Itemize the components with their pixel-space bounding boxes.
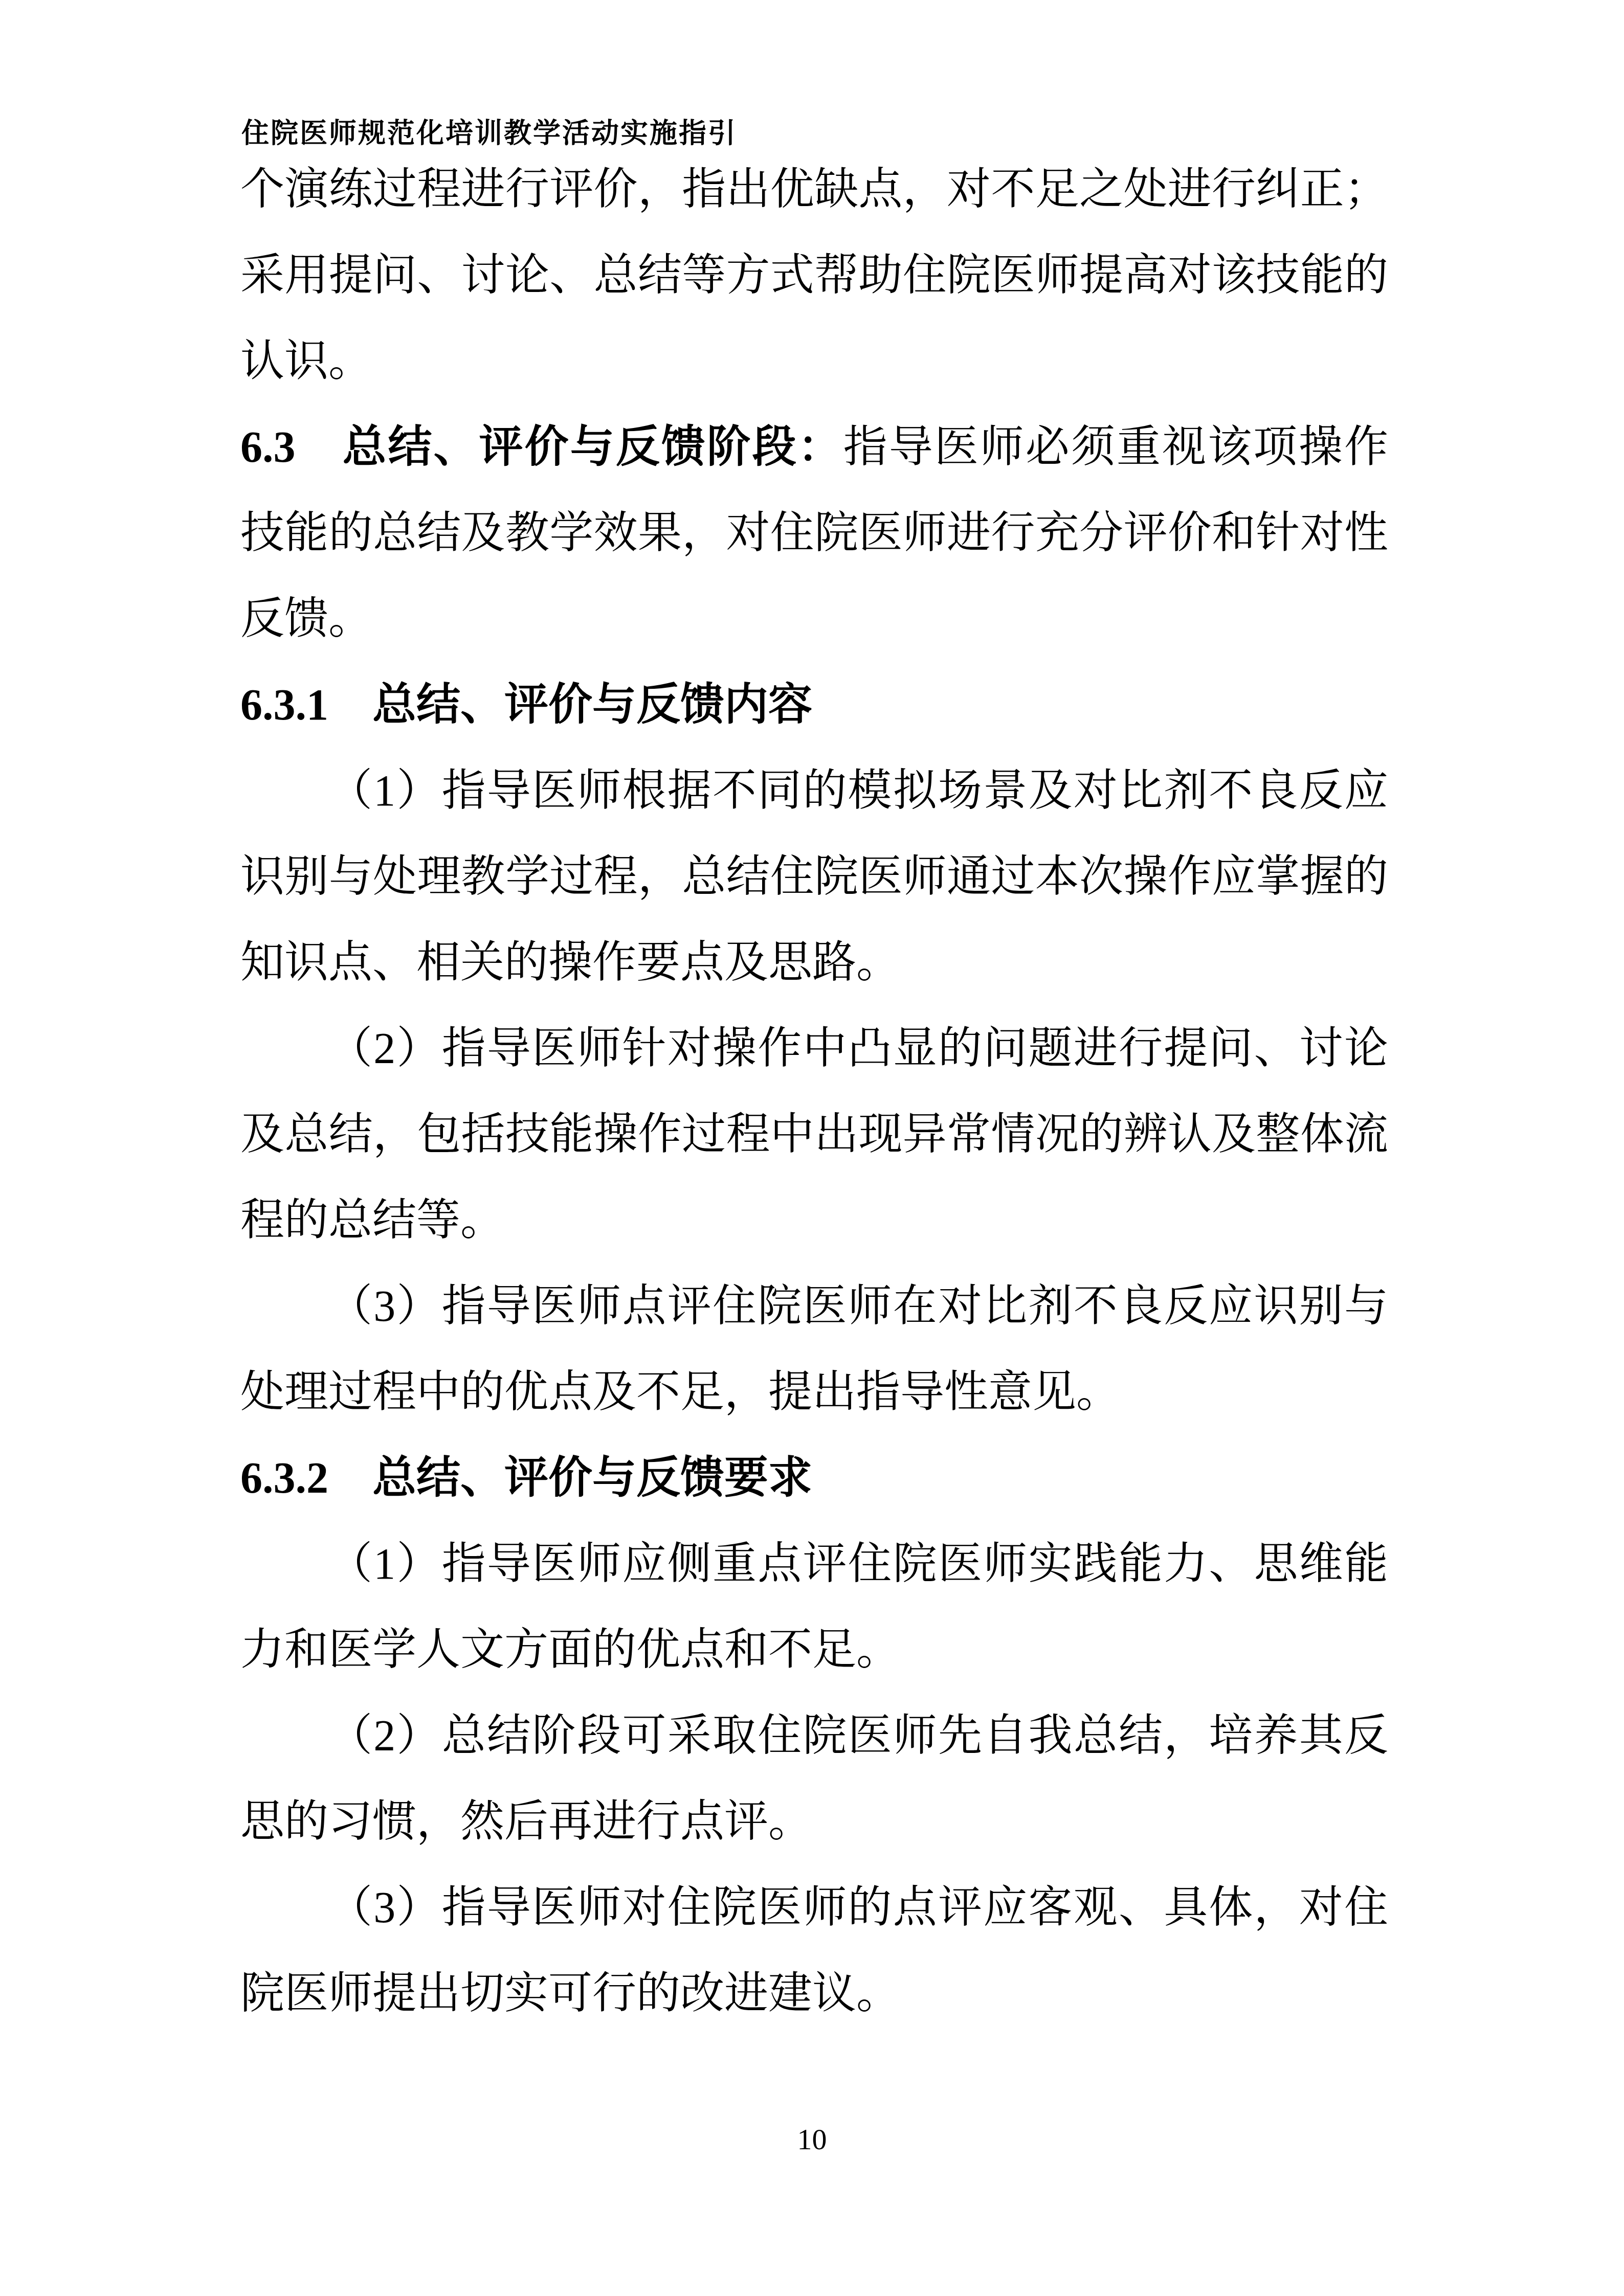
- text-line: 个演练过程进行评价，指出优缺点，对不足之处进行纠正；: [240, 146, 1388, 232]
- page-number: 10: [0, 2122, 1624, 2156]
- text-line: 思的习惯，然后再进行点评。: [240, 1779, 1388, 1864]
- text-line: 采用提问、讨论、总结等方式帮助住院医师提高对该技能的: [240, 232, 1388, 318]
- text-line: 识别与处理教学过程，总结住院医师通过本次操作应掌握的: [240, 834, 1388, 919]
- heading-6-3-text: 指导医师必须重视该项操作: [843, 422, 1388, 471]
- text-line: （2）总结阶段可采取住院医师先自我总结，培养其反: [240, 1693, 1388, 1779]
- heading-6-3-1: 6.3.1 总结、评价与反馈内容: [240, 662, 1388, 748]
- text-line: 反馈。: [240, 576, 1388, 662]
- text-line: （3）指导医师点评住院医师在对比剂不良反应识别与: [240, 1263, 1388, 1349]
- heading-6-3-line: 6.3 总结、评价与反馈阶段：指导医师必须重视该项操作: [240, 404, 1388, 490]
- running-header: 住院医师规范化培训教学活动实施指引: [241, 111, 737, 151]
- text-line: 及总结，包括技能操作过程中出现异常情况的辨认及整体流: [240, 1091, 1388, 1177]
- text-block: 个演练过程进行评价，指出优缺点，对不足之处进行纠正； 采用提问、讨论、总结等方式…: [240, 146, 1388, 2036]
- text-line: 程的总结等。: [240, 1177, 1388, 1263]
- text-line: 技能的总结及教学效果，对住院医师进行充分评价和针对性: [240, 490, 1388, 576]
- text-line: （1）指导医师应侧重点评住院医师实践能力、思维能: [240, 1521, 1388, 1607]
- text-line: 处理过程中的优点及不足，提出指导性意见。: [240, 1349, 1388, 1435]
- text-line: 知识点、相关的操作要点及思路。: [240, 919, 1388, 1005]
- heading-6-3-label: 6.3 总结、评价与反馈阶段：: [240, 422, 843, 471]
- heading-6-3-2: 6.3.2 总结、评价与反馈要求: [240, 1435, 1388, 1521]
- text-line: （3）指导医师对住院医师的点评应客观、具体，对住: [240, 1864, 1388, 1950]
- text-line: 力和医学人文方面的优点和不足。: [240, 1607, 1388, 1693]
- text-line: （2）指导医师针对操作中凸显的问题进行提问、讨论: [240, 1005, 1388, 1091]
- document-page: 住院医师规范化培训教学活动实施指引 个演练过程进行评价，指出优缺点，对不足之处进…: [0, 0, 1624, 2296]
- text-line: （1）指导医师根据不同的模拟场景及对比剂不良反应: [240, 748, 1388, 834]
- text-line: 认识。: [240, 318, 1388, 404]
- text-line: 院医师提出切实可行的改进建议。: [240, 1950, 1388, 2036]
